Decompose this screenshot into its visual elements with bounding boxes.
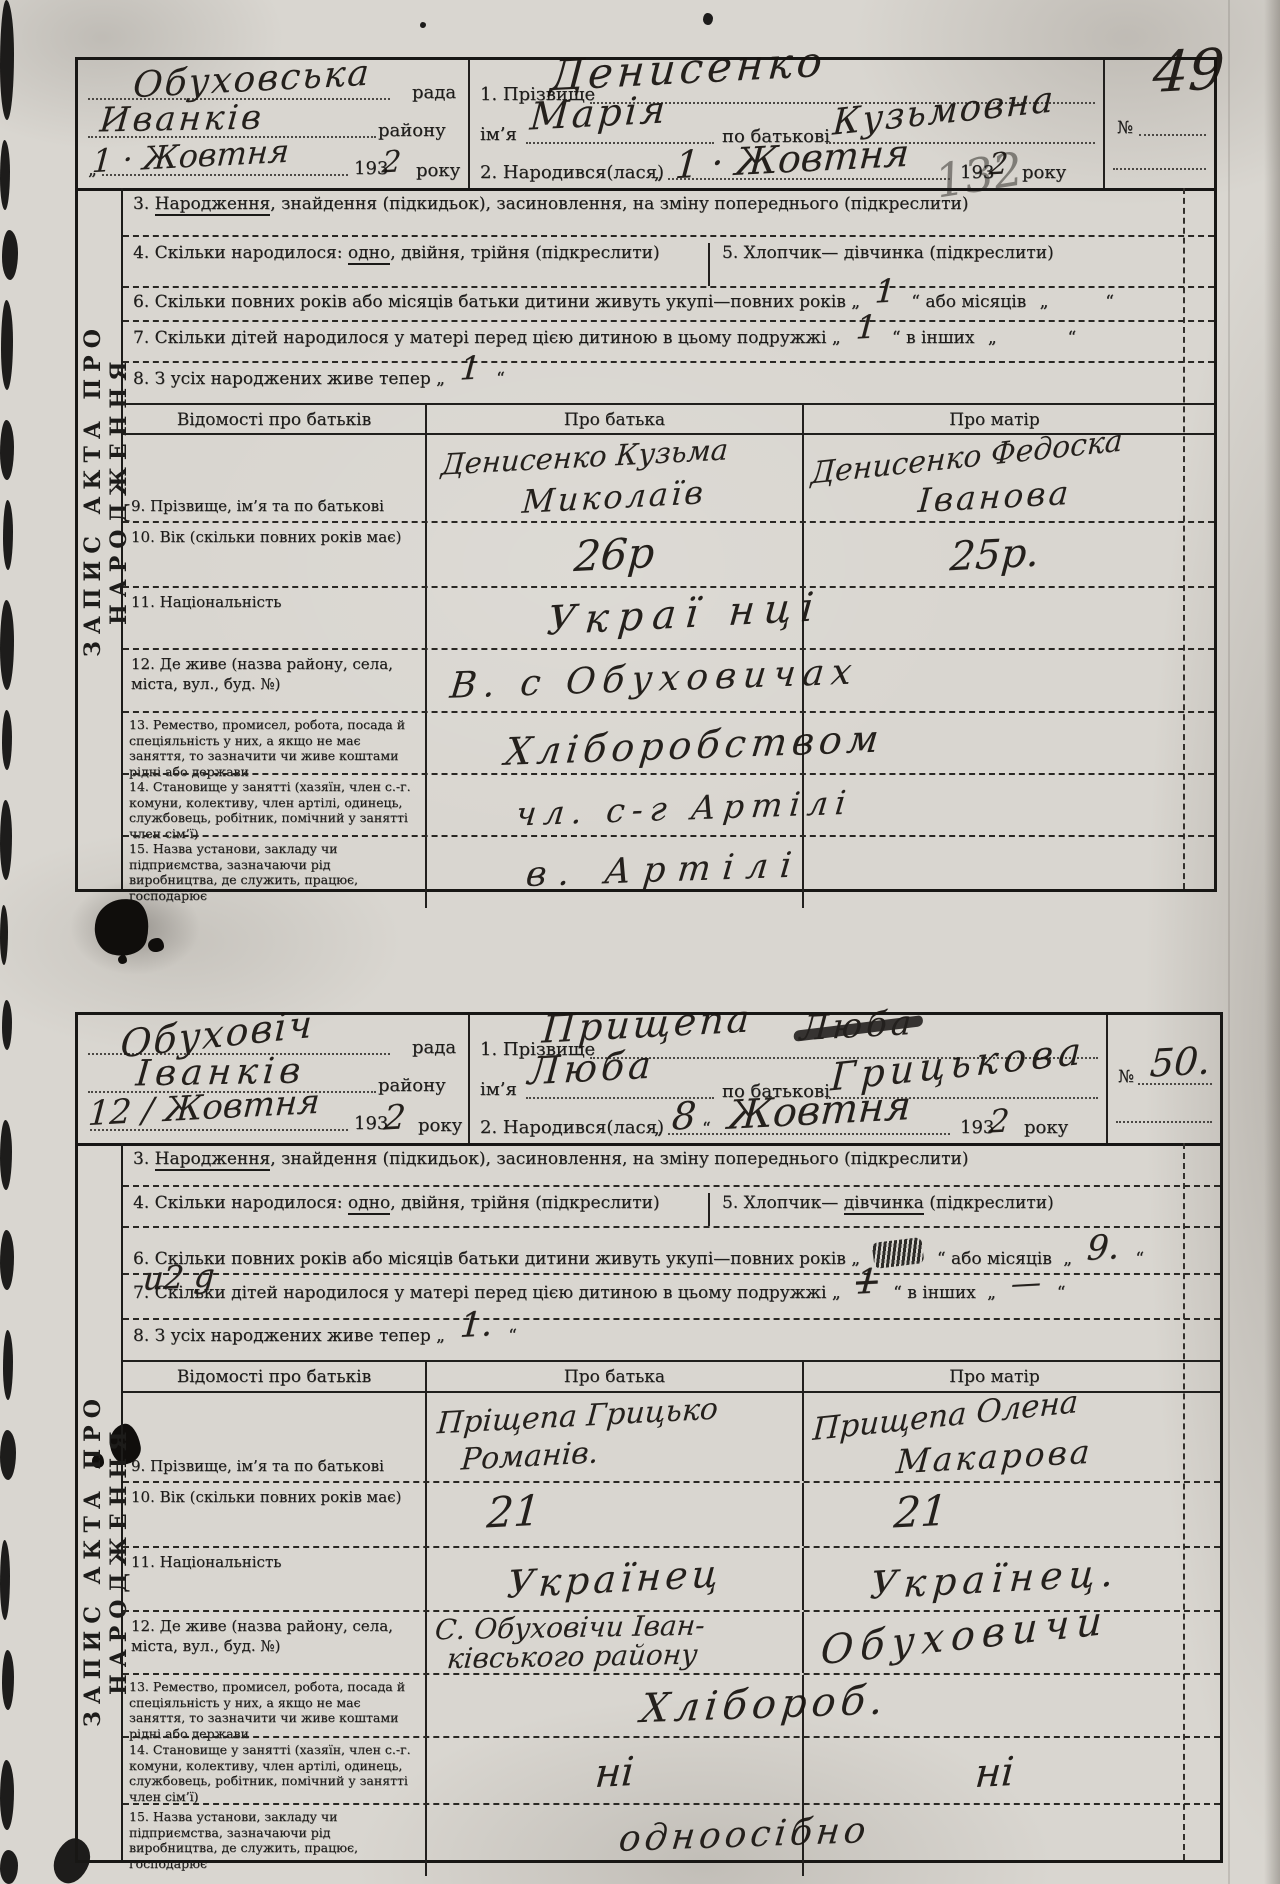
quote-open: „ bbox=[988, 328, 997, 348]
quote-close: “ bbox=[508, 1326, 517, 1346]
field-4-5-row: 4. Скільки народилося: одно, двійня, трі… bbox=[123, 235, 1214, 286]
label-roku: року bbox=[1022, 162, 1066, 183]
scanned-birth-register-page: 132 рада району „ 193 2 року Обуховська … bbox=[0, 0, 1280, 1884]
field-7-mid: в інших bbox=[907, 1283, 975, 1303]
quote-open: „ bbox=[1040, 292, 1049, 312]
hw-registration-date: 12 / Жовтня bbox=[87, 1085, 321, 1131]
row-14-father: ні bbox=[425, 1738, 802, 1809]
hw-mother-nationality: Українец. bbox=[869, 1553, 1121, 1604]
row-11-father: Українец bbox=[425, 1548, 802, 1610]
scan-edge-mark bbox=[0, 140, 10, 210]
scan-edge-mark bbox=[0, 905, 8, 965]
th-about-mother: Про матір bbox=[802, 405, 1185, 433]
scan-edge-mark bbox=[0, 800, 12, 880]
field-6-mid: або місяців bbox=[925, 292, 1026, 312]
row-15-institution: 15. Назва установи, закладу чи підприємс… bbox=[123, 835, 1214, 892]
th-empty bbox=[1185, 1362, 1220, 1391]
label-rayonu: району bbox=[378, 120, 446, 141]
row-12-mother: Обуховичи bbox=[802, 1612, 1185, 1673]
field-3-text: , знайдення (підкидьок), засиновлення, н… bbox=[270, 1149, 968, 1169]
scan-edge-mark bbox=[1, 300, 13, 390]
field-3-num: 3. bbox=[133, 194, 149, 214]
hw-child-name: Марія bbox=[529, 90, 670, 135]
row-12-margin bbox=[1185, 1612, 1220, 1673]
quote-close: “ bbox=[702, 1119, 711, 1139]
hw-father-name-line2: Миколаїв bbox=[521, 476, 707, 518]
field-3-row: 3. Народження, знайдення (підкидьок), за… bbox=[123, 188, 1214, 235]
row-11-mother: Українец. bbox=[802, 1548, 1185, 1610]
row-13-occupation: 13. Ремество, промисел, робота, посада й… bbox=[123, 711, 1214, 773]
field-5-underlined: дівчинка bbox=[844, 1193, 924, 1215]
quote-close: “ bbox=[1135, 1249, 1144, 1269]
row-15-margin bbox=[1185, 837, 1214, 908]
scan-edge-mark bbox=[2, 1000, 12, 1050]
row-15-margin bbox=[1185, 1805, 1220, 1876]
row-14-standing: 14. Становище у занятті (хазяїн, член с.… bbox=[123, 773, 1214, 835]
hw-father-age: 26р bbox=[573, 531, 656, 577]
row-15-label: 15. Назва установи, закладу чи підприємс… bbox=[123, 837, 425, 908]
ink-blot bbox=[148, 938, 164, 952]
no-sign: № bbox=[1117, 118, 1133, 138]
field-6-row: 6. Скільки повних років або місяців бать… bbox=[123, 286, 1214, 320]
quote-close: “ bbox=[496, 369, 505, 389]
row-10-mother: 21 bbox=[802, 1483, 1185, 1546]
row-12-label: 12. Де живе (назва району, села, міста, … bbox=[123, 1612, 425, 1673]
hw-birth-date: 1 · Жовтня bbox=[674, 134, 911, 184]
th-empty bbox=[1185, 405, 1214, 433]
row-11-label: 11. Національність bbox=[123, 588, 425, 648]
margin-vertical-title: ЗАПИС АКТА ПРО НАРОДЖЕННЯ bbox=[80, 195, 118, 785]
quote-open: „ bbox=[436, 369, 445, 389]
act-number-box: № 50. bbox=[1106, 1015, 1220, 1143]
hw-father-age: 21 bbox=[486, 1489, 542, 1534]
row-9-father: Денисенко Кузьма Миколаїв bbox=[425, 435, 802, 521]
scan-edge-mark bbox=[0, 1230, 14, 1290]
scan-edge-mark bbox=[0, 1120, 12, 1190]
row-10-father: 26р bbox=[425, 523, 802, 586]
row-10-margin bbox=[1185, 523, 1214, 586]
row-15-mother bbox=[802, 837, 1185, 908]
dotted-line bbox=[1139, 134, 1206, 136]
field-8-pre: 8. З усіх народжених живе тепер bbox=[133, 1326, 431, 1346]
field-3-underlined: Народження bbox=[155, 194, 271, 216]
scan-edge-mark bbox=[0, 600, 14, 690]
th-about-father: Про батька bbox=[425, 405, 802, 433]
row-9-label: 9. Прізвище, ім’я та по батькові bbox=[123, 1393, 425, 1481]
field-7-row: 7. Скільки дітей народилося у матері пер… bbox=[123, 1273, 1220, 1318]
row-11-father: Украї нці bbox=[425, 588, 802, 648]
hw-child-name: Люба bbox=[527, 1046, 657, 1091]
scan-edge-mark bbox=[3, 500, 13, 570]
scan-edge-mark bbox=[0, 0, 14, 120]
row-9-mother: Прищепа Олена Макарова bbox=[802, 1393, 1185, 1481]
header-right: 1. Прізвище Прищепа Люба ім’я Люба по ба… bbox=[468, 1015, 1108, 1143]
hw-mother-name-line2: Іванова bbox=[917, 476, 1073, 517]
scan-edge-mark bbox=[0, 1540, 10, 1620]
row-9-margin bbox=[1185, 1393, 1220, 1481]
field-4-5-row: 4. Скільки народилося: одно, двійня, трі… bbox=[123, 1185, 1220, 1226]
field-4-pre: 4. Скільки народилося: bbox=[133, 243, 343, 263]
label-rayonu: району bbox=[378, 1075, 446, 1096]
field-3-underlined: Народження bbox=[155, 1149, 271, 1171]
hw-mother-standing: ні bbox=[974, 1752, 1016, 1794]
field-4-cell: 4. Скільки народилося: одно, двійня, трі… bbox=[133, 243, 710, 286]
field-6-row: 6. Скільки повних років або місяців бать… bbox=[123, 1226, 1220, 1273]
scan-edge-mark bbox=[3, 1330, 13, 1400]
row-9-father: Пріщепа Грицько Романів. bbox=[425, 1393, 802, 1481]
label-name: ім’я bbox=[480, 124, 517, 145]
label-name: ім’я bbox=[480, 1079, 517, 1100]
row-11-nationality: 11. Національність Украї нці bbox=[123, 586, 1214, 648]
field-8-pre: 8. З усіх народжених живе тепер bbox=[133, 369, 431, 389]
hw-father-residence-line2: ківського району bbox=[446, 1641, 699, 1673]
quote-open: „ bbox=[654, 1119, 663, 1139]
row-9-names: 9. Прізвище, ім’я та по батькові Денисен… bbox=[123, 435, 1214, 521]
hw-year-digit: 2 bbox=[381, 147, 402, 178]
quote-open: „ bbox=[987, 1283, 996, 1303]
record-header: рада району „ 193 2 року Обуховська Иван… bbox=[78, 60, 1214, 191]
row-11-nationality: 11. Національність Українец Українец. bbox=[123, 1546, 1220, 1610]
label-born: 2. Народився(лася) bbox=[480, 162, 664, 183]
row-11-mother bbox=[802, 588, 1185, 648]
row-12-residence: 12. Де живе (назва району, села, міста, … bbox=[123, 1610, 1220, 1673]
th-about-mother: Про матір bbox=[802, 1362, 1185, 1391]
hw-father-standing: ні bbox=[594, 1752, 636, 1794]
label-roku: року bbox=[416, 160, 460, 181]
row-13-label: 13. Ремество, промисел, робота, посада й… bbox=[123, 1675, 425, 1746]
no-sign: № bbox=[1118, 1067, 1134, 1087]
birth-record-49: рада району „ 193 2 року Обуховська Иван… bbox=[75, 57, 1217, 892]
header-left: рада району 193 2 року Обуховіч Іванків … bbox=[78, 1015, 468, 1143]
row-15-father: в. Артілі bbox=[425, 837, 802, 908]
scan-edge-mark bbox=[0, 1850, 18, 1884]
row-9-margin bbox=[1185, 435, 1214, 521]
row-15-institution: 15. Назва установи, закладу чи підприємс… bbox=[123, 1803, 1220, 1863]
row-10-mother: 25р. bbox=[802, 523, 1185, 586]
scan-edge-mark bbox=[2, 710, 12, 770]
hw-father-name-line1: Пріщепа Грицько bbox=[436, 1395, 719, 1440]
row-13-margin bbox=[1185, 1675, 1220, 1746]
act-number-box: № 49 bbox=[1103, 60, 1214, 188]
hw-years-together: 1 bbox=[875, 290, 895, 291]
hw-children-other: — bbox=[1011, 1283, 1041, 1285]
hw-father-name-line2: Романів. bbox=[460, 1438, 599, 1475]
hw-alive-now: 1. bbox=[460, 1324, 492, 1326]
row-11-margin bbox=[1185, 1548, 1220, 1610]
margin-vertical-title: ЗАПИС АКТА ПРО НАРОДЖЕННЯ bbox=[80, 1265, 118, 1855]
quote-close: “ bbox=[937, 1249, 946, 1269]
quote-close: “ bbox=[911, 292, 920, 312]
hw-institution: в. Артілі bbox=[524, 848, 805, 893]
field-8-row: 8. З усіх народжених живе тепер „ 1. “ bbox=[123, 1318, 1220, 1360]
field-3-row: 3. Народження, знайдення (підкидьок), за… bbox=[123, 1143, 1220, 1185]
paper-crease bbox=[1228, 0, 1230, 1884]
hw-occupation: Хлібороб. bbox=[639, 1681, 890, 1730]
row-13-occupation: 13. Ремество, промисел, робота, посада й… bbox=[123, 1673, 1220, 1736]
quote-close: “ bbox=[893, 1283, 902, 1303]
row-12-residence: 12. Де живе (назва району, села, міста, … bbox=[123, 648, 1214, 711]
row-10-label: 10. Вік (скільки повних років має) bbox=[123, 1483, 425, 1546]
field-6-pre: 6. Скільки повних років або місяців бать… bbox=[133, 1249, 846, 1269]
row-10-margin bbox=[1185, 1483, 1220, 1546]
field-7-row: 7. Скільки дітей народилося у матері пер… bbox=[123, 320, 1214, 361]
row-12-label: 12. Де живе (назва району, села, міста, … bbox=[123, 650, 425, 711]
quote-open: „ bbox=[1063, 1249, 1072, 1269]
hw-child-surname: Денисенко bbox=[549, 41, 828, 98]
hw-children-this-marriage: 1 bbox=[856, 326, 876, 327]
hw-children-this-marriage: 1 bbox=[856, 1281, 878, 1282]
scan-edge-mark bbox=[0, 420, 14, 480]
field-5-cell: 5. Хлопчик— дівчинка (підкреслити) bbox=[710, 1193, 1054, 1226]
hw-institution: одноосібно bbox=[617, 1813, 871, 1858]
quote-open: „ bbox=[436, 1326, 445, 1346]
hw-district: Иванків bbox=[99, 101, 266, 138]
hw-mother-age: 21 bbox=[893, 1489, 949, 1534]
quote-close: “ bbox=[1105, 292, 1114, 312]
field-5-pre: 5. Хлопчик— bbox=[722, 243, 838, 263]
th-parents-info: Відомості про батьків bbox=[123, 1362, 425, 1391]
row-14-margin bbox=[1185, 1738, 1220, 1809]
scan-edge-mark bbox=[2, 1650, 14, 1710]
row-14-mother: ні bbox=[802, 1738, 1185, 1809]
field-5-word: дівчинка bbox=[844, 243, 924, 263]
field-8-row: 8. З усіх народжених живе тепер „ 1 “ bbox=[123, 361, 1214, 403]
header-right: 1. Прізвище Денисенко ім’я Марія по бать… bbox=[468, 60, 1105, 188]
field-7-pre: 7. Скільки дітей народилося у матері пер… bbox=[133, 328, 827, 348]
hw-act-number: 49 bbox=[1151, 42, 1226, 102]
row-14-label: 14. Становище у занятті (хазяїн, член с.… bbox=[123, 1738, 425, 1809]
row-10-label: 10. Вік (скільки повних років має) bbox=[123, 523, 425, 586]
field-3-text: , знайдення (підкидьок), засиновлення, н… bbox=[270, 194, 968, 214]
row-12-father: В. с Обуховичах bbox=[425, 650, 802, 711]
field-4-rest: , двійня, трійня (підкреслити) bbox=[390, 243, 659, 263]
row-15-father: одноосібно bbox=[425, 1805, 802, 1876]
quote-close: “ bbox=[892, 328, 901, 348]
field-4-rest: , двійня, трійня (підкреслити) bbox=[390, 1193, 659, 1213]
hw-nationality: Украї нці bbox=[545, 587, 824, 642]
hw-child-surname: Прищепа bbox=[541, 999, 754, 1048]
paper-right-edge-shadow bbox=[1264, 0, 1280, 1884]
row-11-margin bbox=[1185, 588, 1214, 648]
field-4-pre: 4. Скільки народилося: bbox=[133, 1193, 343, 1213]
quote-open: „ bbox=[832, 1283, 841, 1303]
ink-blot bbox=[118, 955, 127, 964]
row-10-age: 10. Вік (скільки повних років має) 26р 2… bbox=[123, 521, 1214, 586]
row-9-names: 9. Прізвище, ім’я та по батькові Пріщепа… bbox=[123, 1393, 1220, 1481]
hw-birth-year-digit: 2 bbox=[988, 149, 1009, 180]
record-header: рада району 193 2 року Обуховіч Іванків … bbox=[78, 1015, 1220, 1146]
row-9-mother: Денисенко Федоска Іванова bbox=[802, 435, 1185, 521]
hw-alive-now: 1 bbox=[460, 367, 480, 368]
quote-open: „ bbox=[832, 328, 841, 348]
field-4-cell: 4. Скільки народилося: одно, двійня, трі… bbox=[133, 1193, 710, 1226]
quote-close: “ bbox=[1068, 328, 1077, 348]
row-13-father: Хлібороб. bbox=[425, 1675, 802, 1746]
label-rada: рада bbox=[412, 1037, 456, 1058]
scan-edge-mark bbox=[0, 1430, 16, 1480]
row-11-label: 11. Національність bbox=[123, 1548, 425, 1610]
ink-speck bbox=[703, 13, 713, 25]
scan-edge-mark bbox=[2, 230, 18, 280]
label-roku: року bbox=[418, 1115, 462, 1136]
hw-mother-residence: Обуховичи bbox=[820, 1601, 1110, 1672]
row-10-father: 21 bbox=[425, 1483, 802, 1546]
birth-record-50: рада району 193 2 року Обуховіч Іванків … bbox=[75, 1012, 1223, 1863]
hw-residence: В. с Обуховичах bbox=[448, 654, 860, 704]
field-5-rest: (підкреслити) bbox=[929, 1193, 1053, 1213]
hw-mother-name-line2: Макарова bbox=[895, 1435, 1094, 1478]
dotted-line bbox=[1116, 1121, 1212, 1123]
hw-months-together: 9. bbox=[1087, 1247, 1119, 1249]
label-born: 2. Народився(лася) bbox=[480, 1117, 664, 1138]
header-left: рада району „ 193 2 року Обуховська Иван… bbox=[78, 60, 468, 188]
row-15-label: 15. Назва установи, закладу чи підприємс… bbox=[123, 1805, 425, 1876]
field-4-underlined: одно bbox=[348, 243, 390, 265]
row-12-margin bbox=[1185, 650, 1214, 711]
hw-crossed-out-scribble bbox=[872, 1237, 925, 1269]
field-3-num: 3. bbox=[133, 1149, 149, 1169]
hw-mother-age: 25р. bbox=[949, 532, 1041, 577]
scan-edge-mark bbox=[0, 1760, 14, 1830]
field-6-pre: 6. Скільки повних років або місяців бать… bbox=[133, 292, 846, 312]
hw-birth-year-digit: 2 bbox=[988, 1104, 1011, 1137]
ink-speck bbox=[420, 22, 426, 28]
quote-close: “ bbox=[1057, 1283, 1066, 1303]
label-roku: року bbox=[1024, 1117, 1068, 1138]
row-9-label: 9. Прізвище, ім’я та по батькові bbox=[123, 435, 425, 521]
row-14-standing: 14. Становище у занятті (хазяїн, член с.… bbox=[123, 1736, 1220, 1803]
row-12-father: С. Обуховічи Іван- ківського району bbox=[425, 1612, 802, 1673]
row-10-age: 10. Вік (скільки повних років має) 21 21 bbox=[123, 1481, 1220, 1546]
hw-birth-day: 8 bbox=[671, 1096, 698, 1135]
th-about-father: Про батька bbox=[425, 1362, 802, 1391]
quote-open: „ bbox=[654, 164, 663, 184]
label-rada: рада bbox=[412, 82, 456, 103]
th-parents-info: Відомості про батьків bbox=[123, 405, 425, 433]
hw-father-nationality: Українец bbox=[506, 1554, 724, 1603]
field-7-pre: 7. Скільки дітей народилося у матері пер… bbox=[133, 1283, 827, 1303]
dotted-line bbox=[1113, 168, 1206, 170]
hw-act-number: 50. bbox=[1149, 1041, 1212, 1082]
field-5-rest: (підкреслити) bbox=[929, 243, 1053, 263]
field-5-pre: 5. Хлопчик— bbox=[722, 1193, 838, 1213]
hw-year-digit: 2 bbox=[383, 1100, 407, 1135]
hw-struck-out-name: Люба bbox=[799, 1006, 917, 1046]
field-4-underlined: одно bbox=[348, 1193, 390, 1215]
hw-registration-date: 1 · Жовтня bbox=[91, 135, 290, 177]
field-7-mid: в інших bbox=[906, 328, 974, 348]
